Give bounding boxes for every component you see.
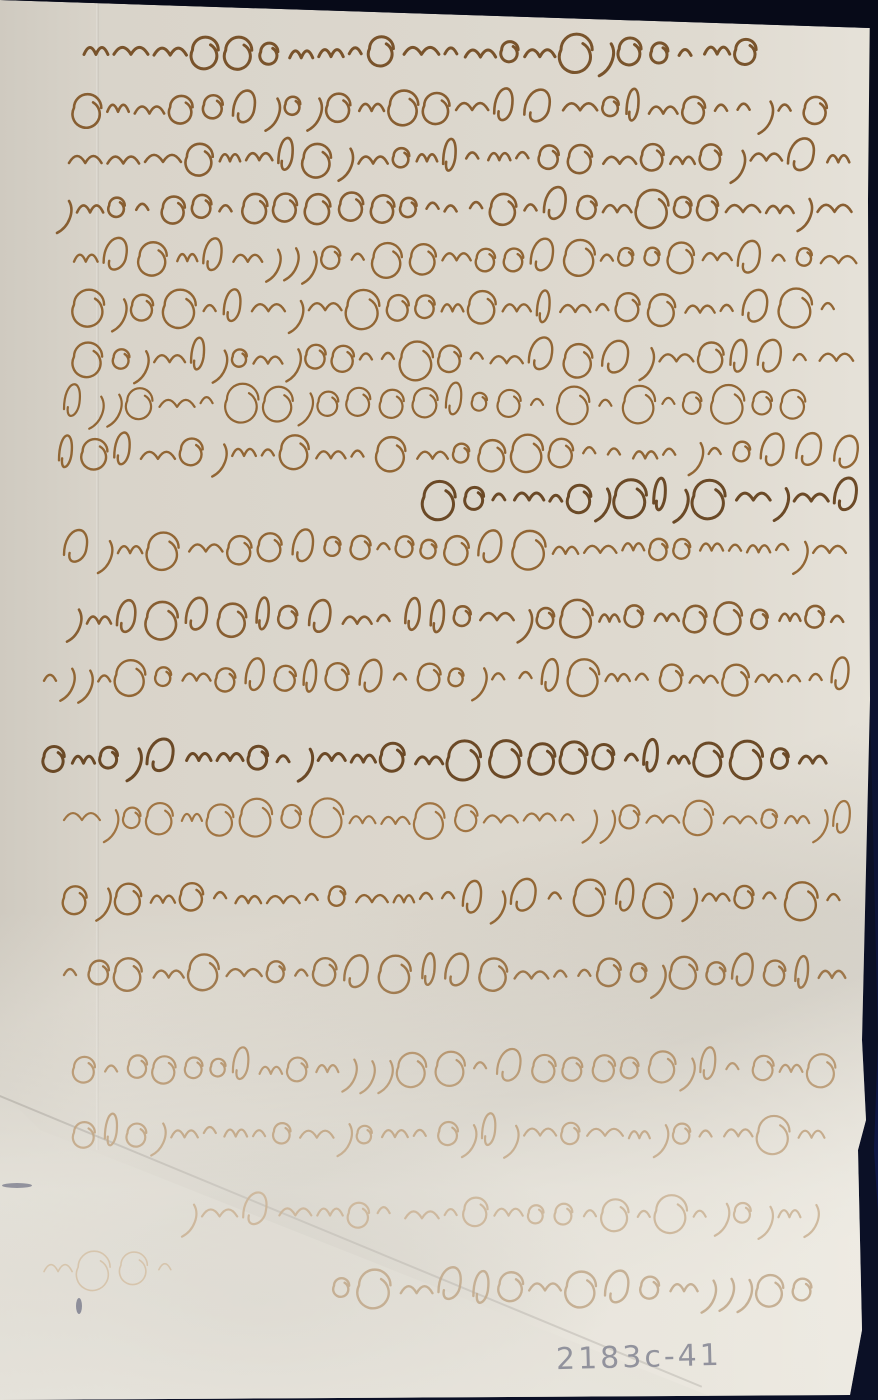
handwritten-line xyxy=(55,176,860,232)
shelfmark-label: 2183c-41 xyxy=(556,1338,723,1377)
handwritten-line xyxy=(40,1236,180,1292)
handwritten-line xyxy=(70,76,850,132)
handwritten-line xyxy=(70,226,860,282)
handwritten-line xyxy=(40,646,860,702)
handwritten-line xyxy=(70,276,860,332)
folded-corner xyxy=(0,1090,720,1400)
handwritten-line xyxy=(60,371,830,427)
diagonal-crease xyxy=(0,1095,702,1388)
handwritten-line xyxy=(330,1256,820,1312)
handwritten-line xyxy=(70,326,860,382)
handwritten-line xyxy=(80,20,760,76)
vertical-fold-line xyxy=(96,0,99,1150)
ink-blot xyxy=(76,1298,82,1314)
handwritten-line xyxy=(60,941,840,997)
handwritten-line xyxy=(65,126,860,182)
handwritten-line xyxy=(70,1036,860,1092)
handwritten-line xyxy=(180,1181,830,1237)
handwritten-line xyxy=(65,586,860,642)
paper-sheet: 2183c-41 xyxy=(0,0,878,1400)
handwritten-line xyxy=(55,421,860,477)
ink-blot xyxy=(2,1183,32,1188)
handwritten-line xyxy=(60,516,860,572)
handwritten-line xyxy=(420,466,860,522)
handwritten-line xyxy=(40,726,840,782)
handwritten-line xyxy=(70,1101,850,1157)
handwritten-line xyxy=(60,786,860,842)
handwritten-line xyxy=(60,866,860,922)
manuscript-photo: 2183c-41 xyxy=(0,0,878,1400)
